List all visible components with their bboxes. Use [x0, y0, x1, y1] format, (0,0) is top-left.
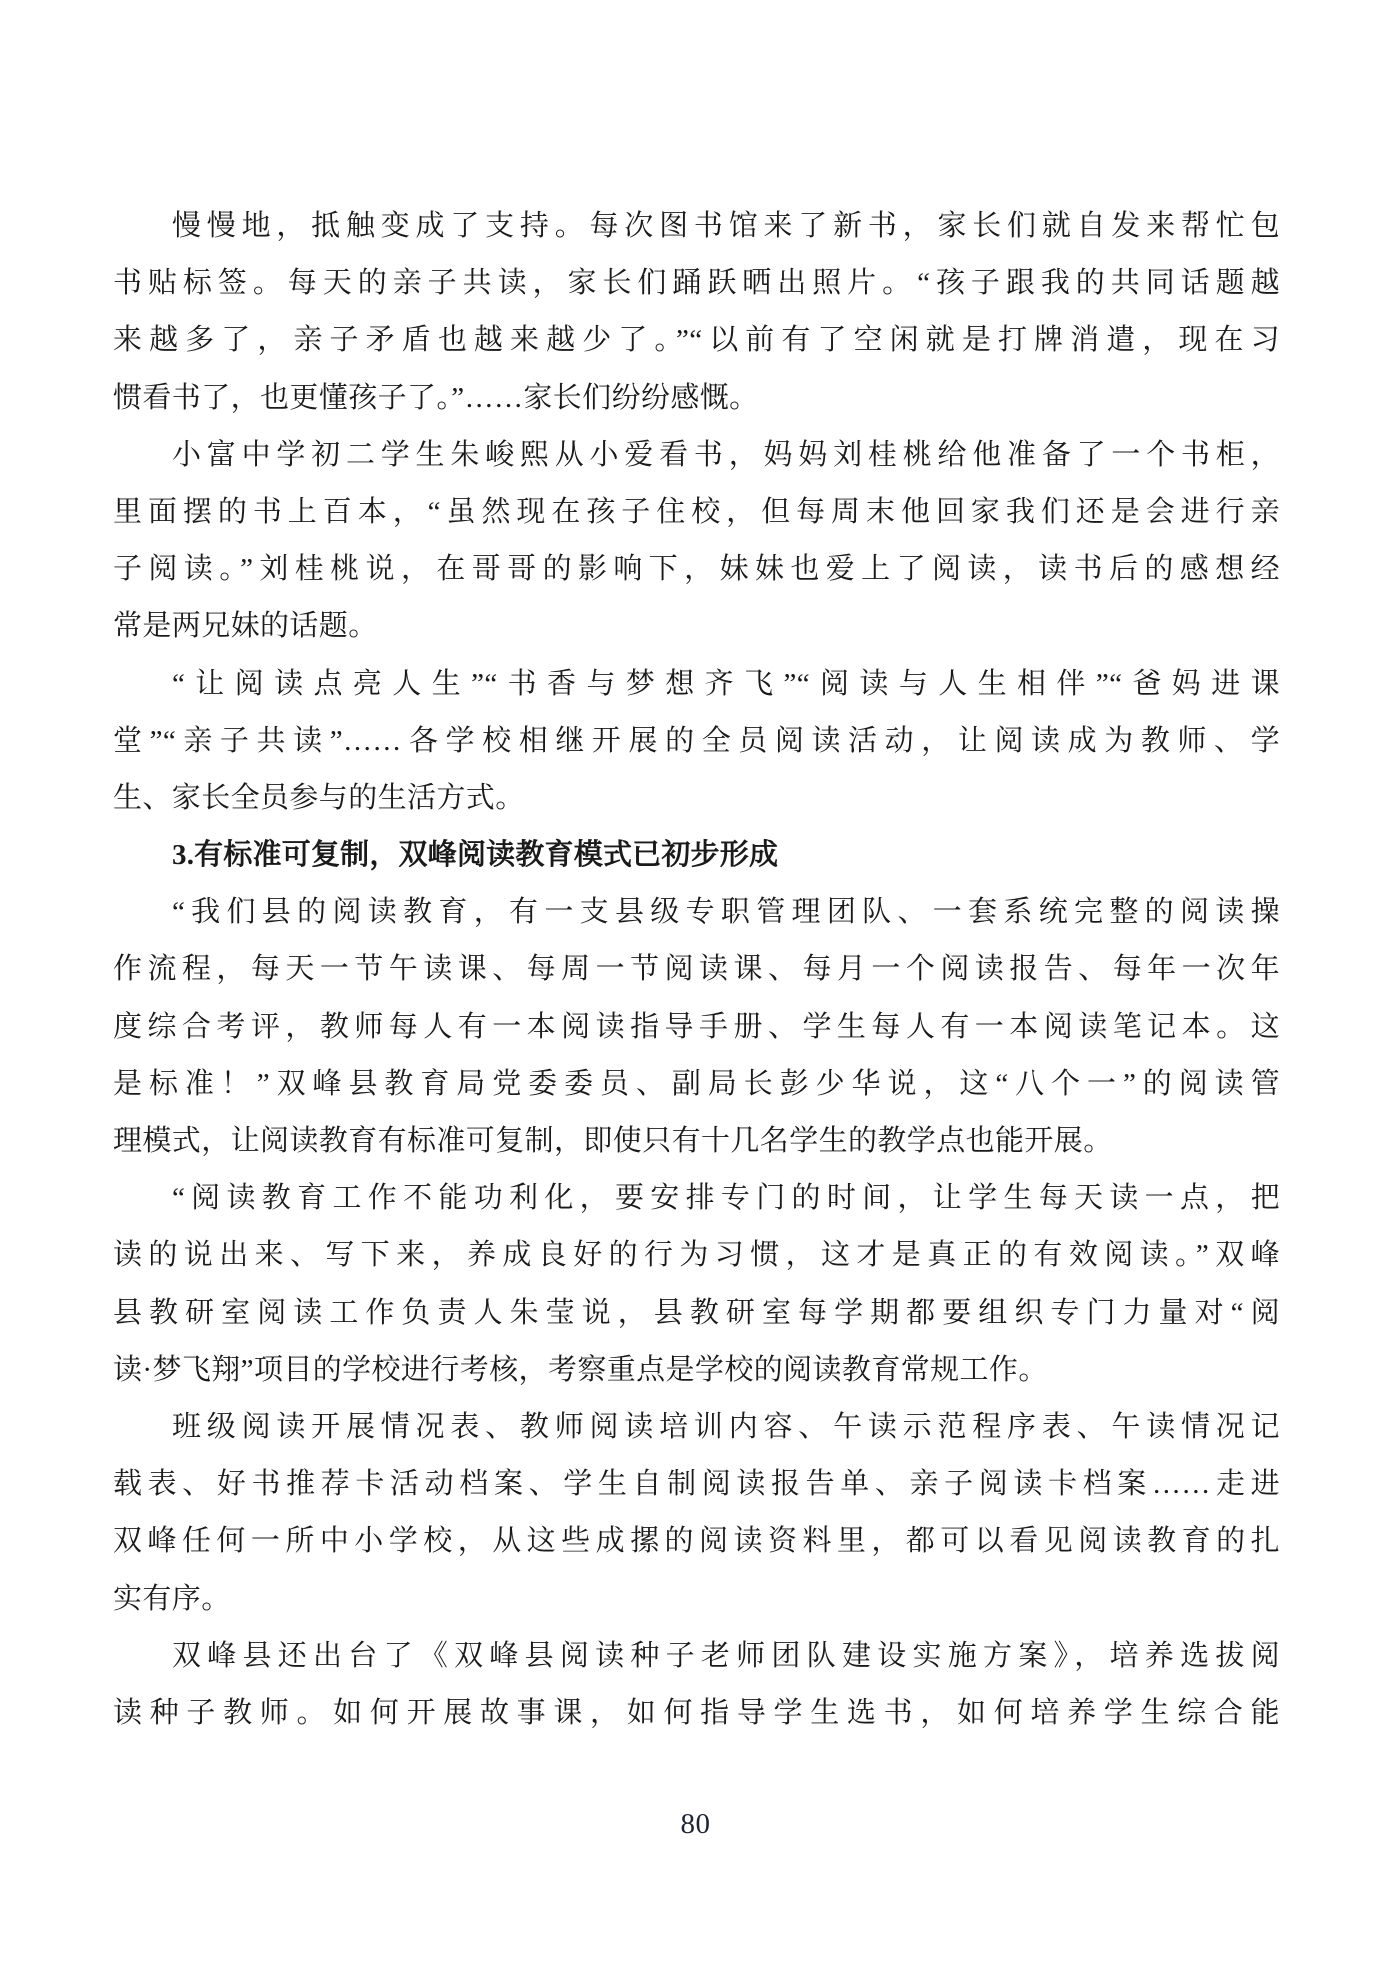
text-line: 堂”“亲子共读”……各学校相继开展的全员阅读活动，让阅读成为教师、学	[113, 713, 1280, 770]
text-line: “阅读教育工作不能功利化，要安排专门的时间，让学生每天读一点，把	[113, 1170, 1280, 1227]
text-line: 县教研室阅读工作负责人朱莹说，县教研室每学期都要组织专门力量对“阅	[113, 1285, 1280, 1342]
text-line: 双峰任何一所中小学校，从这些成摞的阅读资料里，都可以看见阅读教育的扎	[113, 1513, 1280, 1570]
text-line: “我们县的阅读教育，有一支县级专职管理团队、一套系统完整的阅读操	[113, 884, 1280, 941]
text-line: “让阅读点亮人生”“书香与梦想齐飞”“阅读与人生相伴”“爸妈进课	[113, 656, 1280, 713]
page-number: 80	[681, 1808, 711, 1840]
text-line: 生、家长全员参与的生活方式。	[113, 770, 1280, 827]
paragraph: 双峰县还出台了《双峰县阅读种子老师团队建设实施方案》，培养选拔阅读种子教师。如何…	[113, 1628, 1280, 1742]
text-line: 双峰县还出台了《双峰县阅读种子老师团队建设实施方案》，培养选拔阅	[113, 1628, 1280, 1685]
text-line: 子阅读。”刘桂桃说，在哥哥的影响下，妹妹也爱上了阅读，读书后的感想经	[113, 541, 1280, 598]
paragraph: 慢慢地，抵触变成了支持。每次图书馆来了新书，家长们就自发来帮忙包书贴标签。每天的…	[113, 198, 1280, 427]
text-line: 度综合考评，教师每人有一本阅读指导手册、学生每人有一本阅读笔记本。这	[113, 999, 1280, 1056]
text-line: 作流程，每天一节午读课、每周一节阅读课、每月一个阅读报告、每年一次年	[113, 941, 1280, 998]
paragraph: 小富中学初二学生朱峻熙从小爱看书，妈妈刘桂桃给他准备了一个书柜，里面摆的书上百本…	[113, 427, 1280, 656]
text-line: 是标准！”双峰县教育局党委委员、副局长彭少华说，这“八个一”的阅读管	[113, 1056, 1280, 1113]
text-line: 慢慢地，抵触变成了支持。每次图书馆来了新书，家长们就自发来帮忙包	[113, 198, 1280, 255]
paragraph: “我们县的阅读教育，有一支县级专职管理团队、一套系统完整的阅读操作流程，每天一节…	[113, 884, 1280, 1170]
text-line: 班级阅读开展情况表、教师阅读培训内容、午读示范程序表、午读情况记	[113, 1399, 1280, 1456]
text-line: 书贴标签。每天的亲子共读，家长们踊跃晒出照片。“孩子跟我的共同话题越	[113, 255, 1280, 312]
heading-line: 3.有标准可复制，双峰阅读教育模式已初步形成	[113, 827, 1280, 884]
text-line: 小富中学初二学生朱峻熙从小爱看书，妈妈刘桂桃给他准备了一个书柜，	[113, 427, 1280, 484]
paragraph: “阅读教育工作不能功利化，要安排专门的时间，让学生每天读一点，把读的说出来、写下…	[113, 1170, 1280, 1399]
text-line: 读种子教师。如何开展故事课，如何指导学生选书，如何培养学生综合能	[113, 1685, 1280, 1742]
section-heading: 3.有标准可复制，双峰阅读教育模式已初步形成	[113, 827, 1280, 884]
text-line: 载表、好书推荐卡活动档案、学生自制阅读报告单、亲子阅读卡档案……走进	[113, 1456, 1280, 1513]
page-footer: 80	[0, 1808, 1391, 1841]
text-line: 来越多了，亲子矛盾也越来越少了。”“以前有了空闲就是打牌消遣，现在习	[113, 312, 1280, 369]
text-line: 惯看书了，也更懂孩子了。”……家长们纷纷感慨。	[113, 370, 1280, 427]
text-line: 里面摆的书上百本，“虽然现在孩子住校，但每周末他回家我们还是会进行亲	[113, 484, 1280, 541]
text-line: 实有序。	[113, 1571, 1280, 1628]
page-body-text: 慢慢地，抵触变成了支持。每次图书馆来了新书，家长们就自发来帮忙包书贴标签。每天的…	[113, 198, 1280, 1742]
text-line: 常是两兄妹的话题。	[113, 598, 1280, 655]
paragraph: 班级阅读开展情况表、教师阅读培训内容、午读示范程序表、午读情况记载表、好书推荐卡…	[113, 1399, 1280, 1628]
document-page: 慢慢地，抵触变成了支持。每次图书馆来了新书，家长们就自发来帮忙包书贴标签。每天的…	[0, 0, 1391, 1965]
text-line: 读的说出来、写下来，养成良好的行为习惯，这才是真正的有效阅读。”双峰	[113, 1227, 1280, 1284]
text-line: 理模式，让阅读教育有标准可复制，即使只有十几名学生的教学点也能开展。	[113, 1113, 1280, 1170]
text-line: 读·梦飞翔”项目的学校进行考核，考察重点是学校的阅读教育常规工作。	[113, 1342, 1280, 1399]
paragraph: “让阅读点亮人生”“书香与梦想齐飞”“阅读与人生相伴”“爸妈进课堂”“亲子共读”…	[113, 656, 1280, 828]
